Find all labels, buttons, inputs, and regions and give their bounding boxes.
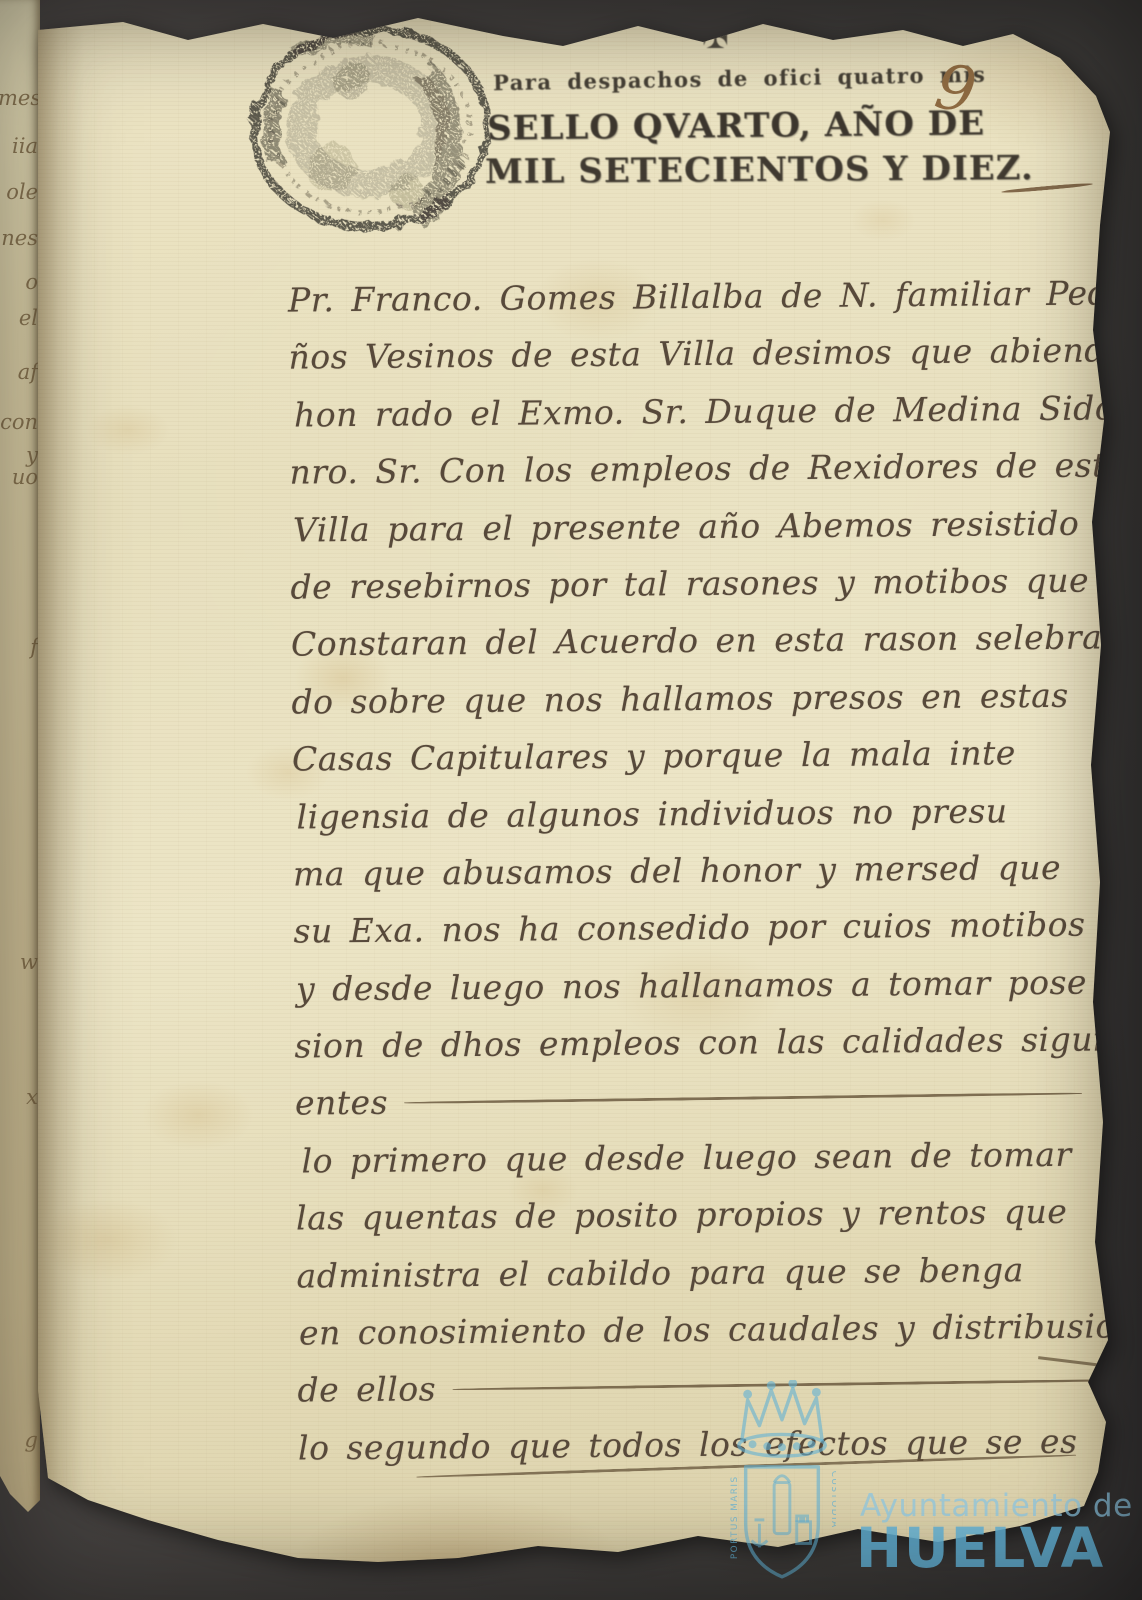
margin-fragment: ole	[0, 180, 38, 204]
manuscript-line-text: su Exa. nos ha consedido por cuios motib…	[293, 905, 1085, 951]
manuscript-line: lo primero que desde luego sean de tomar	[295, 1125, 1110, 1190]
manuscript-line: ños Vesinos de esta Villa desimos que ab…	[288, 322, 1103, 387]
manuscript-line-text: y desde luego nos hallanamos a tomar pos…	[296, 962, 1087, 1008]
margin-fragment: f	[0, 635, 38, 659]
manuscript-line: ligensia de algunos individuos no presu	[292, 781, 1107, 846]
manuscript-line-text: en conosimiento de los caudales y distri…	[299, 1306, 1138, 1352]
manuscript-line: sion de dhos empleos con las calidades s…	[294, 1011, 1109, 1076]
manuscript-line: Constaran del Acuerdo en esta rason sele…	[291, 609, 1106, 674]
manuscript-line-text: Villa para el presente año Abemos resist…	[293, 503, 1080, 549]
margin-fragment: w	[0, 950, 38, 974]
manuscript-line-text: Pr. Franco. Gomes Billalba de N. familia…	[288, 272, 1142, 319]
manuscript-line: nro. Sr. Con los empleos de Rexidores de…	[289, 437, 1104, 502]
ink-rule	[404, 1092, 1082, 1104]
manuscript-line-text: de ellos	[297, 1370, 436, 1410]
previous-page-edge: mes iia ole nes o el af con y uo f w x g	[0, 0, 40, 1516]
margin-fragment: nes	[0, 226, 38, 250]
manuscript-line-text: lo segundo que todos los efectos que se …	[298, 1422, 1078, 1468]
margin-fragment: af	[0, 360, 38, 384]
manuscript-line: y desde luego nos hallanamos a tomar pos…	[294, 953, 1109, 1018]
printed-seal-year: MIL SETECIENTOS Y DIEZ.	[485, 148, 1034, 192]
manuscript-line: administra el cabildo para que se benga	[296, 1240, 1111, 1305]
manuscript-line: en conosimiento de los caudales y distri…	[297, 1297, 1112, 1362]
margin-fragment: o	[0, 270, 38, 294]
manuscript-line: de ellos	[297, 1355, 1112, 1420]
manuscript-line-text: ma que abusamos del honor y mersed que	[293, 848, 1061, 894]
margin-fragment: iia	[0, 134, 38, 158]
manuscript-line: su Exa. nos ha consedido por cuios motib…	[293, 896, 1108, 961]
margin-fragment: mes	[0, 86, 38, 110]
margin-fragment: con	[0, 410, 38, 434]
manuscript-line-text: nro. Sr. Con los empleos de Rexidores de…	[289, 445, 1142, 492]
manuscript-line: hon rado el Exmo. Sr. Duque de Medina Si…	[289, 379, 1104, 444]
manuscript-line: Pr. Franco. Gomes Billalba de N. familia…	[288, 264, 1103, 329]
manuscript-line: Casas Capitulares y porque la mala inte	[292, 724, 1107, 789]
paper-sheet: ✠ Para despachos de ofici quatro mis 9 S…	[38, 10, 1110, 1570]
margin-fragment: uo	[0, 465, 38, 489]
manuscript-line-text: de resebirnos por tal rasones y motibos …	[290, 561, 1089, 607]
manuscript-line: entes	[295, 1068, 1110, 1133]
manuscript-line-text: do sobre que nos hallamos presos en esta…	[291, 676, 1069, 722]
margin-fragment: g	[0, 1428, 38, 1452]
ink-rule	[452, 1379, 1142, 1392]
printed-tax-line: Para despachos de ofici quatro mis	[493, 62, 987, 96]
manuscript-line: las quentas de posito propios y rentos q…	[296, 1183, 1111, 1248]
cross-ornament-icon: ✠	[702, 18, 729, 56]
margin-fragment: x	[0, 1085, 38, 1109]
manuscript-line-text: administra el cabildo para que se benga	[296, 1250, 1024, 1295]
margin-fragment: el	[0, 306, 38, 330]
paper-surface: ✠ Para despachos de ofici quatro mis 9 S…	[38, 10, 1110, 1570]
ink-seal-stamp	[232, 9, 509, 253]
manuscript-line-text: entes	[295, 1083, 388, 1123]
manuscript-line-text: ños Vesinos de esta Villa desimos que ab…	[288, 330, 1142, 377]
manuscript-line: ma que abusamos del honor y mersed que	[293, 838, 1108, 903]
manuscript-line-text: las quentas de posito propios y rentos q…	[296, 1192, 1068, 1238]
manuscript-line-text: Constaran del Acuerdo en esta rason sele…	[291, 618, 1103, 664]
manuscript-line-text: Casas Capitulares y porque la mala inte	[292, 733, 1016, 778]
manuscript-line-text: sion de dhos empleos con las calidades s…	[294, 1020, 1104, 1066]
manuscript-line-text: ligensia de algunos individuos no presu	[296, 791, 1007, 836]
manuscript-line: de resebirnos por tal rasones y motibos …	[290, 551, 1105, 616]
manuscript-line-text: lo primero que desde luego sean de tomar	[301, 1135, 1071, 1181]
margin-fragment: y	[0, 443, 38, 467]
manuscript-line: Villa para el presente año Abemos resist…	[290, 494, 1105, 559]
handwritten-text-block: Pr. Franco. Gomes Billalba de N. familia…	[288, 264, 1113, 1471]
printed-seal-title: SELLO QVARTO, AÑO DE	[487, 103, 985, 148]
manuscript-line-text: hon rado el Exmo. Sr. Duque de Medina Si…	[294, 388, 1142, 435]
manuscript-line: do sobre que nos hallamos presos en esta…	[291, 666, 1106, 731]
scanned-manuscript-photo: mes iia ole nes o el af con y uo f w x g	[0, 0, 1142, 1600]
